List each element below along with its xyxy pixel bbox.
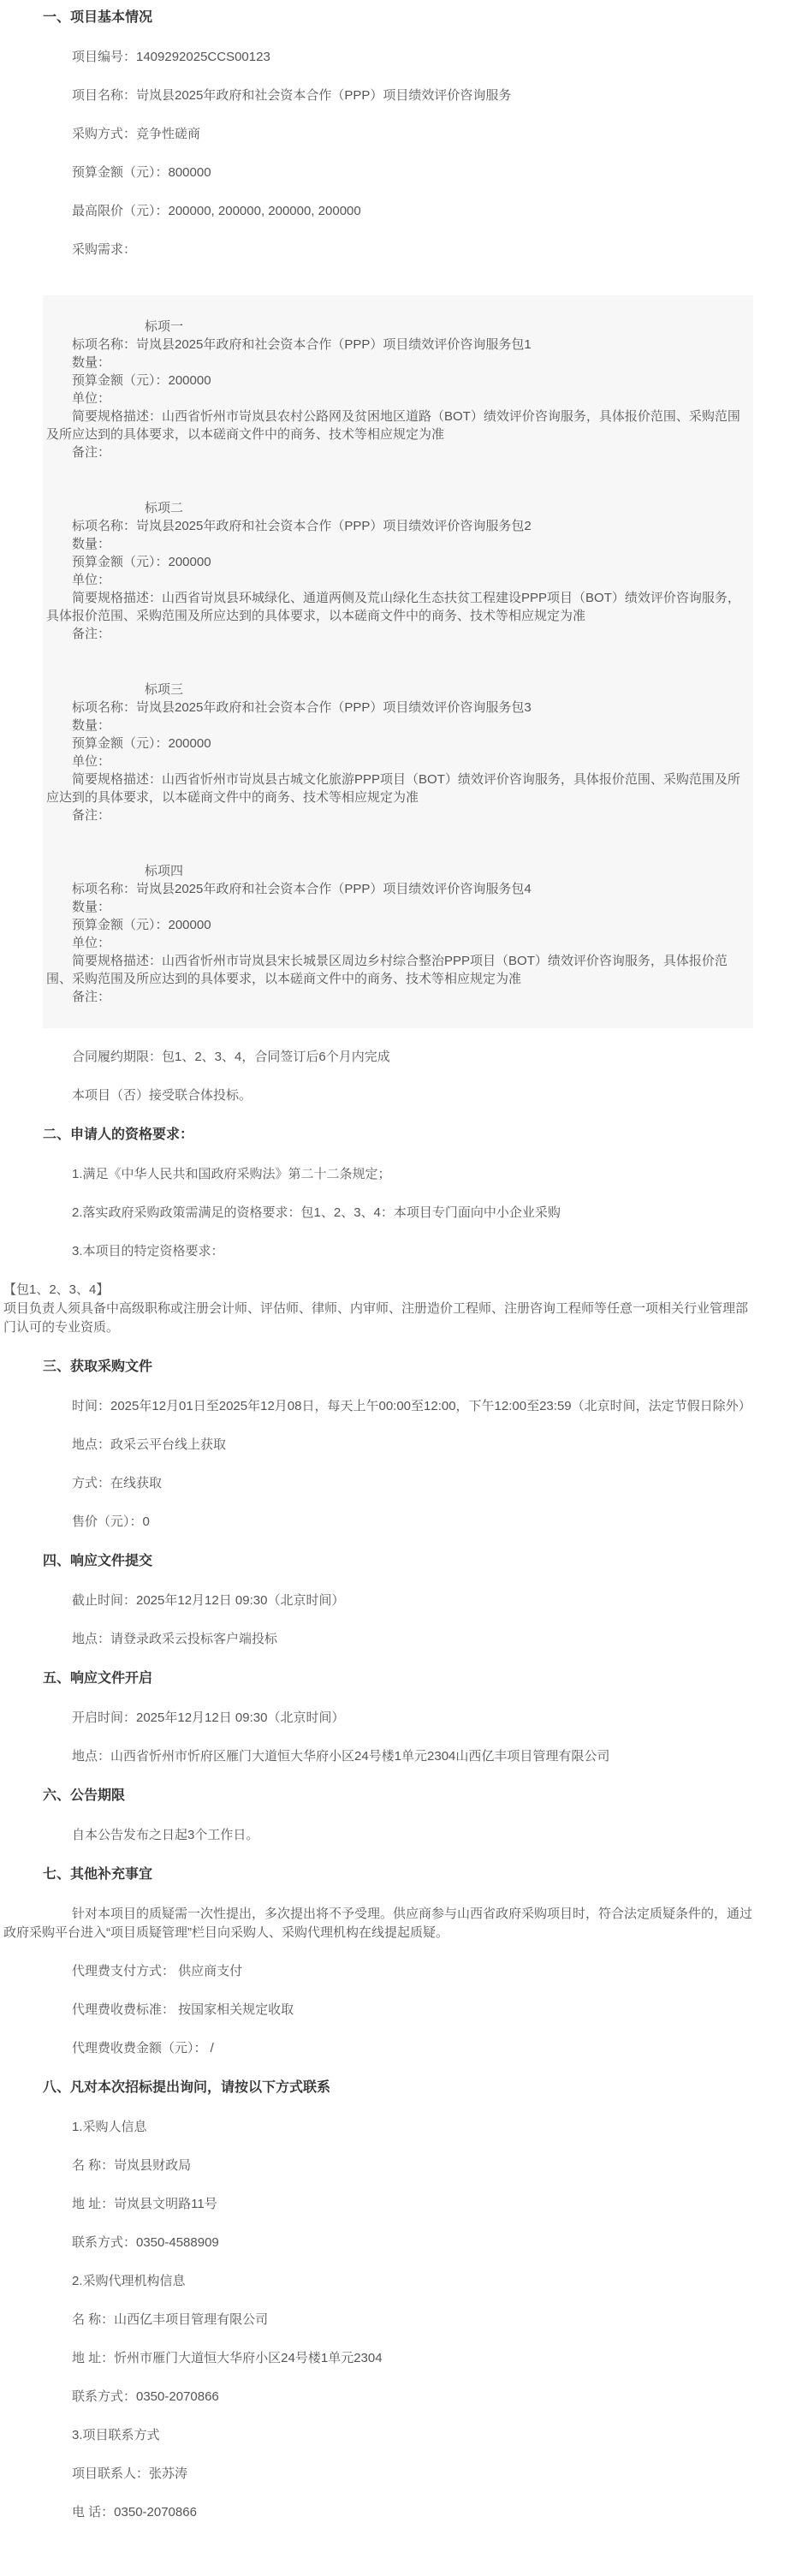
package-4-title: 标项四 — [46, 862, 745, 880]
package-2-spec: 简要规格描述：山西省岢岚县环城绿化、通道两侧及荒山绿化生态扶贫工程建设PPP项目… — [46, 589, 745, 625]
project-contact-phone: 电 话：0350-2070866 — [3, 2503, 753, 2522]
package-2-budget: 预算金额（元）：200000 — [46, 553, 745, 571]
package-4-budget: 预算金额（元）：200000 — [46, 916, 745, 934]
package-3-name: 标项名称：岢岚县2025年政府和社会资本合作（PPP）项目绩效评价咨询服务包3 — [46, 699, 745, 717]
package-1-title: 标项一 — [46, 318, 745, 336]
package-2-unit: 单位： — [46, 571, 745, 589]
buyer-address: 地 址：岢岚县文明路11号 — [3, 2195, 753, 2214]
opening-time: 开启时间：2025年12月12日 09:30（北京时间） — [3, 1709, 753, 1728]
buyer-info-title: 1.采购人信息 — [3, 2118, 753, 2137]
section-6-heading: 六、公告期限 — [43, 1787, 753, 1806]
agent-address: 地 址：忻州市雁门大道恒大华府小区24号楼1单元2304 — [3, 2349, 753, 2368]
package-3-quantity: 数量： — [46, 717, 745, 735]
section-1-heading: 一、项目基本情况 — [43, 9, 753, 27]
buyer-contact: 联系方式：0350-4588909 — [3, 2234, 753, 2252]
procurement-demand-label: 采购需求： — [3, 241, 753, 259]
document-price: 售价（元）：0 — [3, 1513, 753, 1532]
package-3-unit: 单位： — [46, 753, 745, 770]
agent-name: 名 称：山西亿丰项目管理有限公司 — [3, 2311, 753, 2329]
agency-fee-standard: 代理费收费标准： 按国家相关规定收取 — [3, 2001, 753, 2020]
qualification-detail: 项目负责人须具备中高级职称或注册会计师、评估师、律师、内审师、注册造价工程师、注… — [3, 1300, 753, 1337]
package-3-spec: 简要规格描述：山西省忻州市岢岚县古城文化旅游PPP项目（BOT）绩效评价咨询服务… — [46, 770, 745, 806]
specific-qualification: 【包1、2、3、4】 项目负责人须具备中高级职称或注册会计师、评估师、律师、内审… — [3, 1281, 753, 1337]
section-4-heading: 四、响应文件提交 — [43, 1552, 753, 1571]
section-7-heading: 七、其他补充事宜 — [43, 1865, 753, 1884]
procurement-announcement-document: 一、项目基本情况 项目编号：1409292025CCS00123 项目名称：岢岚… — [0, 0, 796, 2576]
agency-fee-amount: 代理费收费金额（元）： / — [3, 2039, 753, 2058]
procurement-demand-panel: 标项一 标项名称：岢岚县2025年政府和社会资本合作（PPP）项目绩效评价咨询服… — [43, 295, 753, 1028]
agent-contact: 联系方式：0350-2070866 — [3, 2388, 753, 2406]
budget-amount: 预算金额（元）：800000 — [3, 164, 753, 182]
section-8-heading: 八、凡对本次招标提出询问，请按以下方式联系 — [43, 2079, 753, 2097]
max-price: 最高限价（元）：200000, 200000, 200000, 200000 — [3, 202, 753, 221]
section-2-heading: 二、申请人的资格要求： — [43, 1126, 753, 1145]
package-4-unit: 单位： — [46, 934, 745, 952]
project-number: 项目编号：1409292025CCS00123 — [3, 48, 753, 67]
document-method: 方式：在线获取 — [3, 1474, 753, 1493]
qualification-1: 1.满足《中华人民共和国政府采购法》第二十二条规定； — [3, 1165, 753, 1184]
package-3-note: 备注： — [46, 806, 745, 824]
package-1-spec: 简要规格描述：山西省忻州市岢岚县农村公路网及贫困地区道路（BOT）绩效评价咨询服… — [46, 408, 745, 443]
package-1-unit: 单位： — [46, 390, 745, 408]
package-1-name: 标项名称：岢岚县2025年政府和社会资本合作（PPP）项目绩效评价咨询服务包1 — [46, 336, 745, 354]
submission-deadline: 截止时间：2025年12月12日 09:30（北京时间） — [3, 1591, 753, 1610]
consortium-statement: 本项目（否）接受联合体投标。 — [3, 1086, 753, 1105]
package-3-title: 标项三 — [46, 681, 745, 699]
package-2-name: 标项名称：岢岚县2025年政府和社会资本合作（PPP）项目绩效评价咨询服务包2 — [46, 517, 745, 535]
buyer-name: 名 称：岢岚县财政局 — [3, 2157, 753, 2175]
project-contact-person: 项目联系人：张苏涛 — [3, 2465, 753, 2484]
agent-info-title: 2.采购代理机构信息 — [3, 2272, 753, 2291]
contract-term: 合同履约期限：包1、2、3、4，合同签订后6个月内完成 — [3, 1048, 753, 1067]
opening-place: 地点：山西省忻州市忻府区雁门大道恒大华府小区24号楼1单元2304山西亿丰项目管… — [3, 1747, 753, 1766]
package-2-title: 标项二 — [46, 499, 745, 517]
query-statement: 针对本项目的质疑需一次性提出，多次提出将不予受理。供应商参与山西省政府采购项目时… — [3, 1905, 753, 1942]
document-place: 地点：政采云平台线上获取 — [3, 1436, 753, 1455]
submission-place: 地点：请登录政采云投标客户端投标 — [3, 1630, 753, 1649]
announcement-period: 自本公告发布之日起3个工作日。 — [3, 1826, 753, 1845]
section-3-heading: 三、获取采购文件 — [43, 1358, 753, 1377]
package-3-budget: 预算金额（元）：200000 — [46, 735, 745, 753]
project-name: 项目名称：岢岚县2025年政府和社会资本合作（PPP）项目绩效评价咨询服务 — [3, 86, 753, 105]
package-1-budget: 预算金额（元）：200000 — [46, 372, 745, 390]
package-4-spec: 简要规格描述：山西省忻州市岢岚县宋长城景区周边乡村综合整治PPP项目（BOT）绩… — [46, 952, 745, 988]
project-contact-title: 3.项目联系方式 — [3, 2426, 753, 2445]
package-block-4: 标项四 标项名称：岢岚县2025年政府和社会资本合作（PPP）项目绩效评价咨询服… — [46, 862, 745, 1006]
package-4-name: 标项名称：岢岚县2025年政府和社会资本合作（PPP）项目绩效评价咨询服务包4 — [46, 880, 745, 898]
package-block-3: 标项三 标项名称：岢岚县2025年政府和社会资本合作（PPP）项目绩效评价咨询服… — [46, 681, 745, 824]
package-block-2: 标项二 标项名称：岢岚县2025年政府和社会资本合作（PPP）项目绩效评价咨询服… — [46, 499, 745, 643]
package-1-quantity: 数量： — [46, 354, 745, 372]
procurement-method: 采购方式：竞争性磋商 — [3, 125, 753, 144]
qualification-packages: 【包1、2、3、4】 — [3, 1281, 753, 1300]
package-2-note: 备注： — [46, 625, 745, 643]
package-block-1: 标项一 标项名称：岢岚县2025年政府和社会资本合作（PPP）项目绩效评价咨询服… — [46, 318, 745, 461]
package-1-note: 备注： — [46, 443, 745, 461]
package-2-quantity: 数量： — [46, 535, 745, 553]
section-5-heading: 五、响应文件开启 — [43, 1669, 753, 1688]
package-4-quantity: 数量： — [46, 898, 745, 916]
document-time: 时间：2025年12月01日至2025年12月08日，每天上午00:00至12:… — [3, 1397, 753, 1416]
agency-fee-payment: 代理费支付方式： 供应商支付 — [3, 1962, 753, 1981]
qualification-2: 2.落实政府采购政策需满足的资格要求：包1、2、3、4：本项目专门面向中小企业采… — [3, 1204, 753, 1223]
package-4-note: 备注： — [46, 988, 745, 1006]
qualification-3: 3.本项目的特定资格要求： — [3, 1242, 753, 1261]
